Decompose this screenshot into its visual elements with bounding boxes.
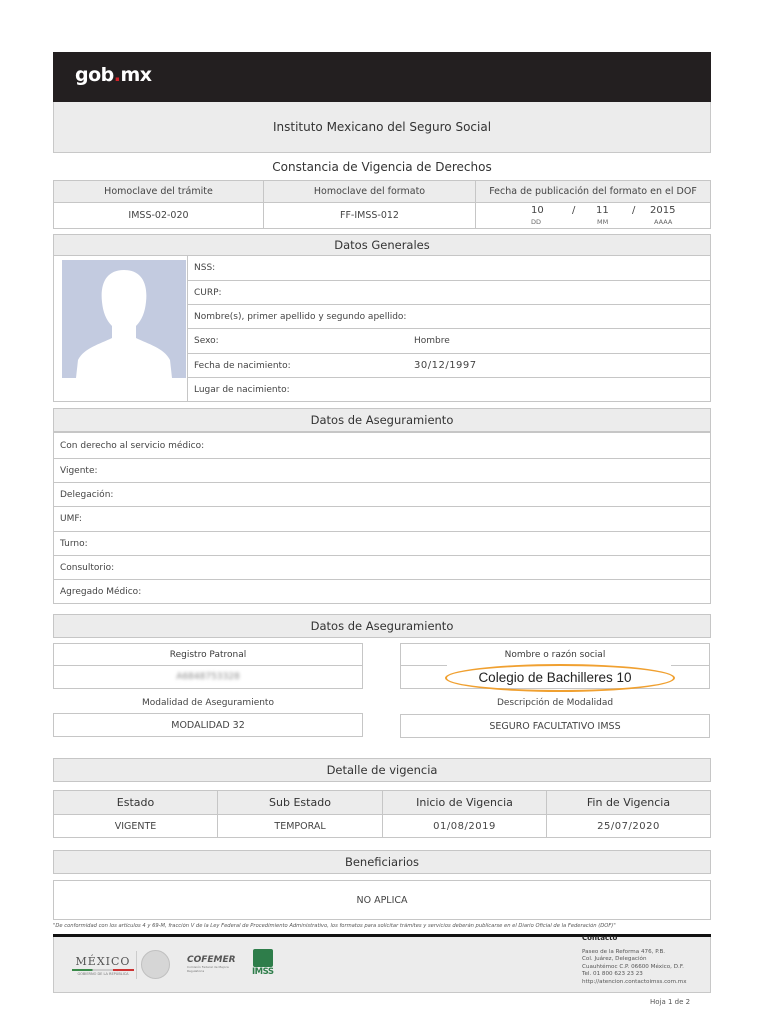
mexico-logo: MÉXICO GOBIERNO DE LA REPÚBLICA	[72, 955, 134, 976]
field-label: CURP:	[194, 288, 222, 298]
legal-note: "De conformidad con los artículos 4 y 69…	[53, 923, 713, 929]
inicio-vigencia-value: 01/08/2019	[383, 815, 547, 838]
format-info-table: Homoclave del trámite Homoclave del form…	[53, 180, 711, 229]
field-lugar-nacimiento: Lugar de nacimiento:	[188, 377, 711, 401]
homoclave-formato-value: FF-IMSS-012	[264, 203, 476, 229]
sub-estado-value: TEMPORAL	[218, 815, 383, 838]
gob-header-bar: gob.mx	[53, 52, 711, 102]
field-umf: UMF:	[54, 506, 710, 531]
header-fin-vigencia: Fin de Vigencia	[547, 791, 711, 815]
field-value: 30/12/1997	[414, 360, 477, 371]
datos-generales-header: Datos Generales	[53, 234, 711, 256]
date-day: 10	[531, 205, 544, 216]
fin-vigencia-value: 25/07/2020	[547, 815, 711, 838]
date-year-label: AAAA	[654, 218, 672, 226]
aseguramiento-box: Con derecho al servicio médico: Vigente:…	[53, 432, 711, 604]
field-label: Sexo:	[194, 336, 414, 346]
homoclave-tramite-value: IMSS-02-020	[54, 203, 264, 229]
gob-mx-logo: gob.mx	[75, 64, 152, 86]
registro-patronal-label: Registro Patronal	[54, 644, 362, 666]
fecha-publicacion-value: 10 / 11 / 2015 DD MM AAAA	[476, 203, 711, 229]
vigencia-table: Estado Sub Estado Inicio de Vigencia Fin…	[53, 790, 711, 838]
descripcion-modalidad-value: SEGURO FACULTATIVO IMSS	[400, 714, 710, 738]
header-homoclave-formato: Homoclave del formato	[264, 181, 476, 203]
logo-divider	[136, 951, 137, 979]
field-label: Lugar de nacimiento:	[194, 385, 290, 395]
modalidad-label: Modalidad de Aseguramiento	[53, 698, 363, 708]
datos-generales-box: NSS: CURP: Nombre(s), primer apellido y …	[53, 255, 711, 402]
field-label: NSS:	[194, 263, 215, 273]
institution-name: Instituto Mexicano del Seguro Social	[53, 102, 711, 153]
field-value: Hombre	[414, 336, 450, 346]
mexico-logo-text: MÉXICO	[72, 955, 134, 968]
nombre-razon-social-label: Nombre o razón social	[445, 644, 665, 666]
mexico-logo-subtext: GOBIERNO DE LA REPÚBLICA	[72, 972, 134, 976]
date-sep: /	[632, 205, 635, 216]
highlight-ellipse	[445, 664, 675, 692]
modalidad-value: MODALIDAD 32	[53, 713, 363, 737]
vigencia-header: Detalle de vigencia	[53, 758, 711, 782]
field-label: Nombre(s), primer apellido y segundo ape…	[194, 312, 406, 322]
imss-logo: IMSS	[252, 949, 273, 977]
field-sexo: Sexo:Hombre	[188, 328, 711, 353]
field-agregado-medico: Agregado Médico:	[54, 579, 710, 603]
beneficiarios-header: Beneficiarios	[53, 850, 711, 874]
imss-eagle-icon	[253, 949, 273, 967]
page-number: Hoja 1 de 2	[650, 998, 690, 1006]
header-fecha-publicacion: Fecha de publicación del formato en el D…	[476, 181, 711, 203]
national-seal-icon	[141, 950, 170, 979]
document-title: Constancia de Vigencia de Derechos	[53, 160, 711, 174]
cofemer-logo: COFEMER Comisión Federal de Mejora Regul…	[187, 955, 236, 973]
field-delegacion: Delegación:	[54, 482, 710, 506]
cofemer-logo-subtext: Comisión Federal de Mejora Regulatoria	[187, 965, 231, 973]
contact-info: Paseo de la Reforma 476, P.B. Col. Juáre…	[582, 949, 687, 986]
date-month-label: MM	[597, 218, 608, 226]
cofemer-logo-text: COFEMER	[187, 955, 236, 965]
field-consultorio: Consultorio:	[54, 555, 710, 579]
imss-logo-text: IMSS	[252, 967, 273, 977]
date-month: 11	[596, 205, 609, 216]
header-inicio-vigencia: Inicio de Vigencia	[383, 791, 547, 815]
header-sub-estado: Sub Estado	[218, 791, 383, 815]
field-curp: CURP:	[188, 280, 711, 304]
field-derecho-servicio: Con derecho al servicio médico:	[54, 433, 710, 458]
registro-patronal-box: Registro Patronal A6848753328	[53, 643, 363, 689]
person-silhouette-icon	[62, 260, 186, 378]
beneficiarios-value: NO APLICA	[53, 880, 711, 920]
descripcion-modalidad-label: Descripción de Modalidad	[400, 698, 710, 708]
field-vigente: Vigente:	[54, 458, 710, 482]
registro-patronal-value: A6848753328	[54, 666, 362, 688]
field-label: Fecha de nacimiento:	[194, 361, 414, 371]
aseguramiento-header: Datos de Aseguramiento	[53, 408, 711, 432]
date-sep: /	[572, 205, 575, 216]
footer-box: MÉXICO GOBIERNO DE LA REPÚBLICA COFEMER …	[53, 937, 711, 993]
estado-value: VIGENTE	[54, 815, 218, 838]
aseguramiento2-header: Datos de Aseguramiento	[53, 614, 711, 638]
date-day-label: DD	[531, 218, 541, 226]
field-fecha-nacimiento: Fecha de nacimiento:30/12/1997	[188, 353, 711, 377]
header-homoclave-tramite: Homoclave del trámite	[54, 181, 264, 203]
date-year: 2015	[650, 205, 675, 216]
field-nombre: Nombre(s), primer apellido y segundo ape…	[188, 304, 711, 328]
field-nss: NSS:	[188, 256, 711, 280]
header-estado: Estado	[54, 791, 218, 815]
contact-title: Contacto	[582, 934, 617, 942]
field-turno: Turno:	[54, 531, 710, 555]
